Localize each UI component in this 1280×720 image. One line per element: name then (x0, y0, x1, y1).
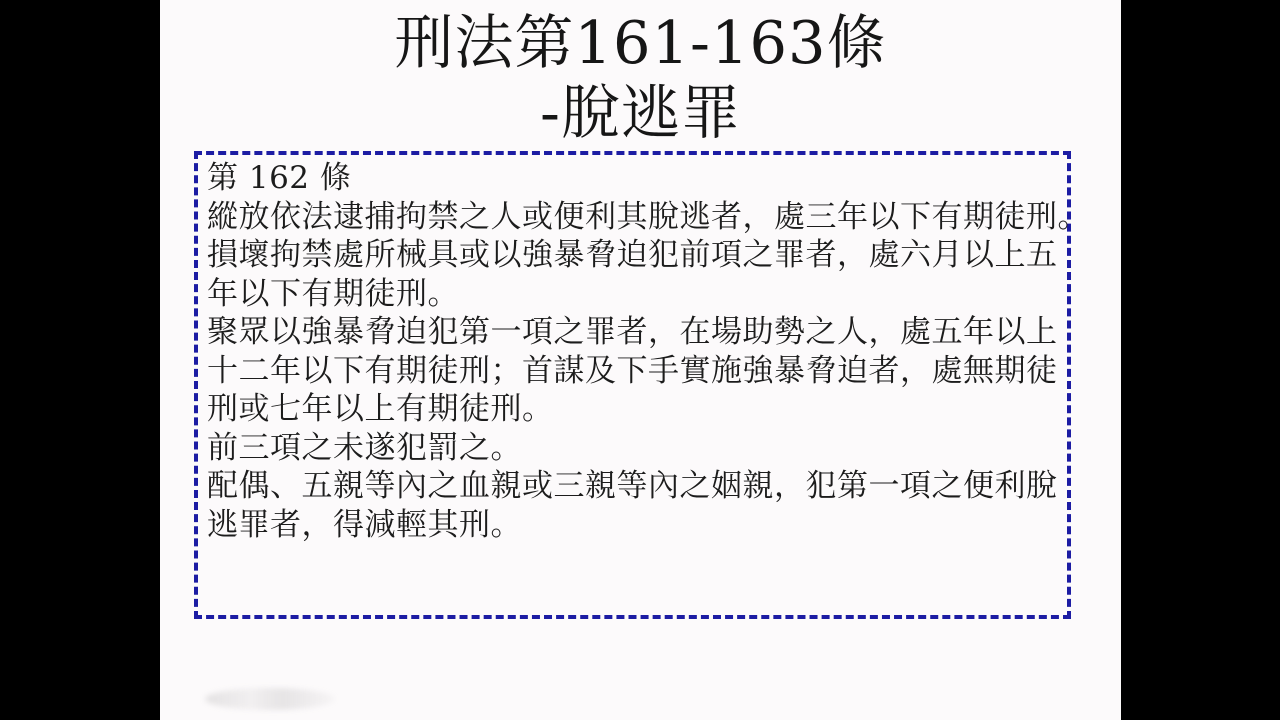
article-line: 逃罪者，得減輕其刑。 (207, 506, 1076, 545)
article-line: 十二年以下有期徒刑；首謀及下手實施強暴脅迫者，處無期徒 (207, 352, 1076, 391)
article-line: 刑或七年以上有期徒刑。 (207, 390, 1076, 429)
slide-title-line1: 刑法第161-163條 (160, 8, 1121, 78)
article-line: 年以下有期徒刑。 (207, 275, 1076, 314)
article-line: 聚眾以強暴脅迫犯第一項之罪者，在場助勢之人，處五年以上 (207, 313, 1076, 352)
faint-artifact (205, 688, 335, 710)
presentation-slide: 刑法第161-163條 -脫逃罪 第 162 條縱放依法逮捕拘禁之人或便利其脫逃… (160, 0, 1121, 720)
article-line: 第 162 條 (207, 159, 1076, 198)
article-line: 損壞拘禁處所械具或以強暴脅迫犯前項之罪者，處六月以上五 (207, 236, 1076, 275)
article-text: 第 162 條縱放依法逮捕拘禁之人或便利其脫逃者，處三年以下有期徒刑。損壞拘禁處… (207, 159, 1076, 544)
video-frame: 刑法第161-163條 -脫逃罪 第 162 條縱放依法逮捕拘禁之人或便利其脫逃… (0, 0, 1280, 720)
article-line: 前三項之未遂犯罰之。 (207, 429, 1076, 468)
pillarbox-left (0, 0, 160, 720)
article-line: 縱放依法逮捕拘禁之人或便利其脫逃者，處三年以下有期徒刑。 (207, 198, 1076, 237)
slide-title: 刑法第161-163條 -脫逃罪 (160, 8, 1121, 148)
article-dashed-box: 第 162 條縱放依法逮捕拘禁之人或便利其脫逃者，處三年以下有期徒刑。損壞拘禁處… (194, 151, 1071, 619)
slide-title-line2: -脫逃罪 (160, 78, 1121, 148)
pillarbox-right (1121, 0, 1280, 720)
article-line: 配偶、五親等內之血親或三親等內之姻親，犯第一項之便利脫 (207, 467, 1076, 506)
